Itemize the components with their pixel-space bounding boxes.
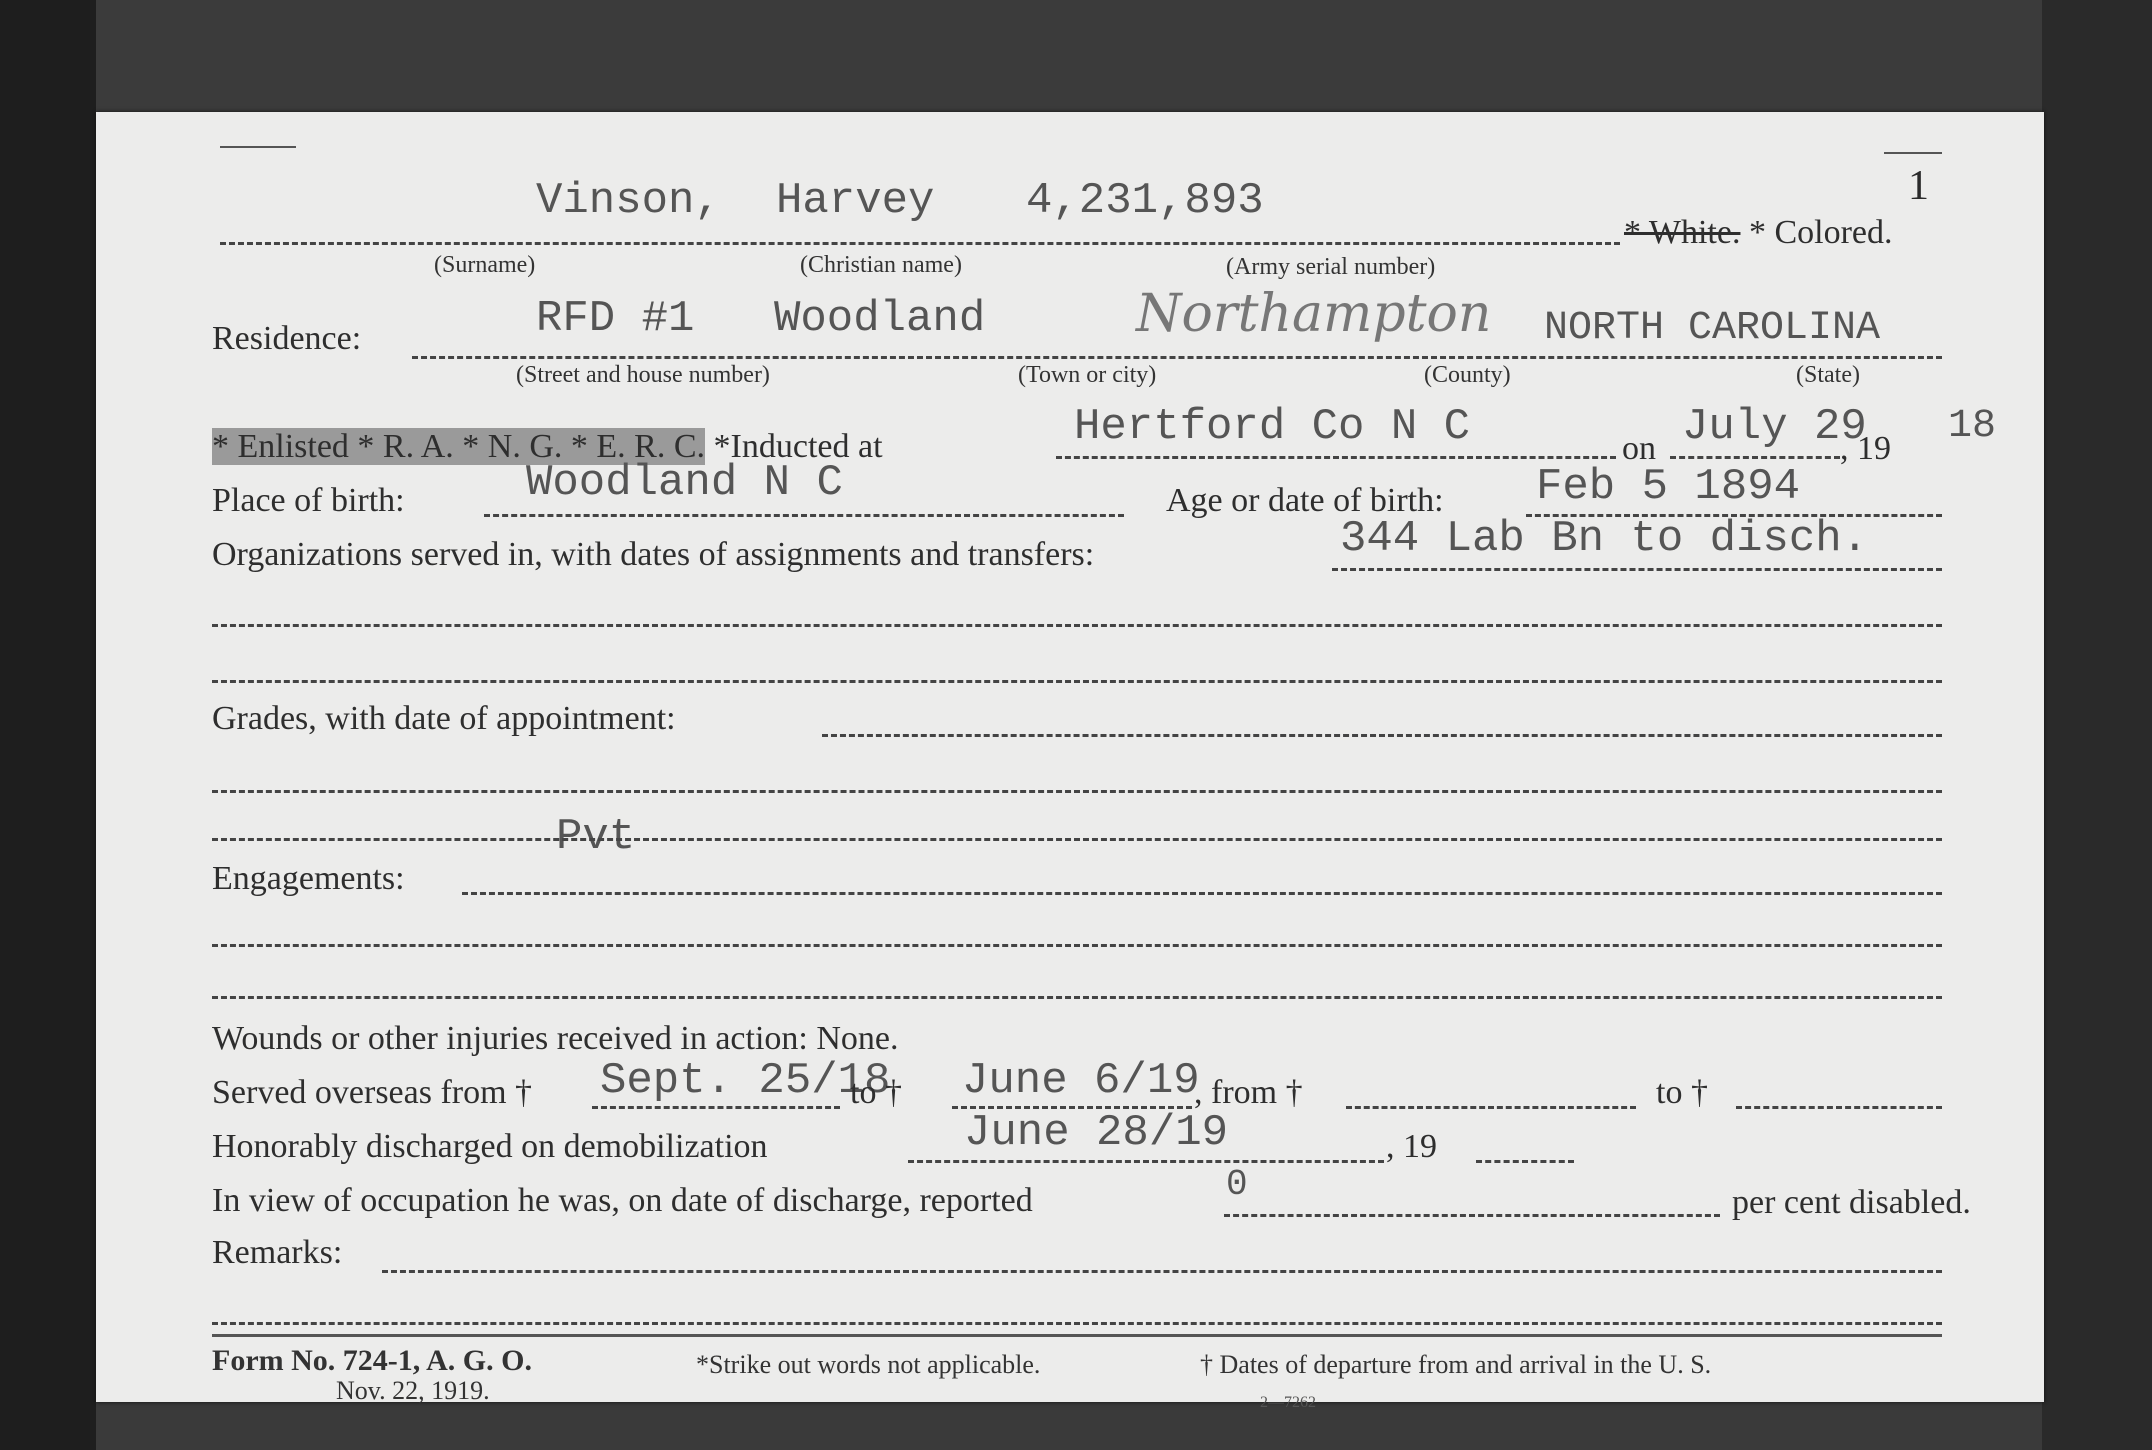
print-code: 2—7262 — [1260, 1394, 1316, 1412]
overseas-from-value: Sept. 25/18 — [600, 1056, 890, 1106]
name-line — [220, 242, 1620, 245]
overseas-from2-label: , from † — [1194, 1074, 1303, 1112]
residence-town: Woodland — [774, 294, 985, 344]
race-colored: * Colored. — [1749, 214, 1893, 251]
discharge-year-label: , 19 — [1386, 1128, 1437, 1166]
county-caption: (County) — [1424, 362, 1511, 389]
engagements-label: Engagements: — [212, 860, 405, 898]
remarks-label: Remarks: — [212, 1234, 342, 1272]
induction-year: 18 — [1948, 404, 1996, 449]
discharge-year-line — [1476, 1160, 1574, 1163]
birthplace-label: Place of birth: — [212, 482, 405, 520]
induction-date-line — [1670, 456, 1840, 459]
footer-rule — [212, 1334, 1942, 1337]
birthplace-line — [484, 514, 1124, 517]
race-white: * White. — [1624, 214, 1740, 251]
top-left-rule — [220, 146, 296, 148]
footnote-dates: † Dates of departure from and arrival in… — [1200, 1350, 1711, 1380]
discharge-line — [908, 1160, 1384, 1163]
christian-name-value: Harvey — [776, 176, 934, 226]
engagements-line — [462, 892, 1942, 895]
organizations-line — [1332, 568, 1942, 571]
wounds-value: None. — [816, 1020, 898, 1057]
overseas-label: Served overseas from † — [212, 1074, 532, 1112]
serial-caption: (Army serial number) — [1226, 254, 1435, 281]
birthplace-value: Woodland N C — [526, 458, 843, 508]
state-caption: (State) — [1796, 362, 1860, 389]
inducted-line — [1056, 456, 1616, 459]
disability-value: 0 — [1226, 1164, 1248, 1205]
service-record-card: 1 Vinson, Harvey 4,231,893 * White. * Co… — [96, 112, 2044, 1402]
card-number: 1 — [1908, 162, 1929, 210]
residence-label: Residence: — [212, 320, 361, 358]
organizations-value: 344 Lab Bn to disch. — [1340, 514, 1868, 564]
grades-line-3 — [212, 838, 1942, 841]
town-caption: (Town or city) — [1018, 362, 1156, 389]
engagements-line-3 — [212, 996, 1942, 999]
grades-label: Grades, with date of appointment: — [212, 700, 676, 738]
disability-label: In view of occupation he was, on date of… — [212, 1182, 1033, 1220]
discharge-date: June 28/19 — [964, 1108, 1228, 1158]
birthdate-value: Feb 5 1894 — [1536, 462, 1800, 512]
overseas-from-line — [592, 1106, 840, 1109]
remarks-line-2 — [212, 1322, 1942, 1325]
residence-state: NORTH CAROLINA — [1544, 306, 1880, 351]
disability-line — [1224, 1214, 1720, 1217]
grades-line — [822, 734, 1942, 737]
overseas-to-value: June 6/19 — [962, 1056, 1200, 1106]
residence-street: RFD #1 — [536, 294, 694, 344]
engagements-line-2 — [212, 944, 1942, 947]
scan-background-left — [0, 0, 96, 1450]
disability-suffix: per cent disabled. — [1732, 1184, 1971, 1222]
form-number: Form No. 724-1, A. G. O. — [212, 1344, 532, 1378]
discharge-label: Honorably discharged on demobilization — [212, 1128, 768, 1166]
wounds-label: Wounds or other injuries received in act… — [212, 1020, 808, 1057]
organizations-line-2 — [212, 624, 1942, 627]
overseas-to2-label: to † — [1656, 1074, 1708, 1112]
grades-line-2 — [212, 790, 1942, 793]
overseas-from2-line — [1346, 1106, 1636, 1109]
street-caption: (Street and house number) — [516, 362, 770, 389]
remarks-line — [382, 1270, 1942, 1273]
footnote-strike-out: *Strike out words not applicable. — [696, 1350, 1040, 1380]
surname-value: Vinson, — [536, 176, 721, 226]
scan-background-top — [96, 0, 2152, 112]
christian-caption: (Christian name) — [800, 252, 962, 279]
overseas-to-label: to † — [850, 1074, 902, 1112]
residence-county: Northampton — [1136, 284, 1491, 344]
surname-caption: (Surname) — [434, 252, 535, 279]
organizations-label: Organizations served in, with dates of a… — [212, 536, 1094, 574]
serial-number-value: 4,231,893 — [1026, 176, 1264, 226]
form-date: Nov. 22, 1919. — [336, 1376, 490, 1406]
grade-value: Pvt — [556, 812, 635, 862]
overseas-to2-line — [1736, 1106, 1942, 1109]
inducted-at-value: Hertford Co N C — [1074, 402, 1470, 452]
scan-background-right — [2042, 0, 2152, 1450]
top-right-rule — [1884, 152, 1942, 154]
organizations-line-3 — [212, 680, 1942, 683]
year-prefix: , 19 — [1840, 430, 1891, 468]
residence-line — [412, 356, 1942, 359]
